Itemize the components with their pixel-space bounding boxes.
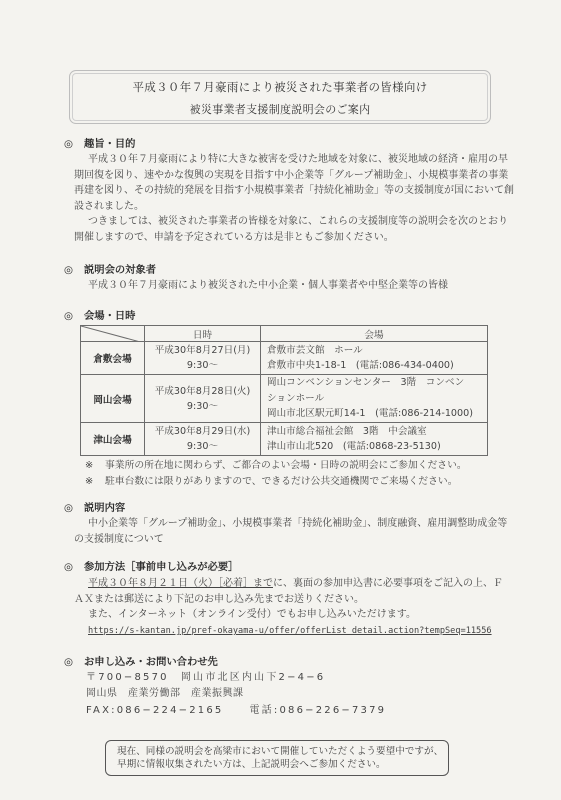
- footer-note-line-1: 現在、同様の説明会を高梁市において開催していただくよう要望中ですが、: [117, 745, 448, 758]
- table-row: 岡山会場 平成30年8月28日(火) 9:30～ 岡山コンベンションセンター 3…: [81, 375, 488, 423]
- place-line: 津山市総合福祉会館 3階 中会議室: [267, 424, 481, 440]
- deadline-text: 平成３０年８月２１日（火）［必着］まで: [88, 578, 273, 589]
- section-schedule-heading: ◎会場・日時: [64, 309, 135, 324]
- table-row: 倉敷会場 平成30年8月27日(月) 9:30～ 倉敷市芸文館 ホール 倉敷市中…: [81, 342, 488, 375]
- audience-text: 平成３０年７月豪雨により被災された中小企業・個人事業者や中堅企業等の皆様: [88, 278, 508, 294]
- contact-department: 岡山県 産業労働部 産業振興課: [86, 686, 244, 702]
- double-circle-icon: ◎: [64, 309, 84, 324]
- double-circle-icon: ◎: [64, 137, 84, 152]
- column-header-date: 日時: [145, 326, 261, 342]
- note-item: ※駐車台数には限りがありますので、できるだけ公共交通機関でご来場ください。: [85, 474, 467, 490]
- contact-address: 〒700−8570 岡山市北区内山下2−4−6: [86, 670, 325, 686]
- place-cell: 岡山コンベンションセンター 3階 コンベン ションホール 岡山市北区駅元町14-…: [261, 375, 488, 423]
- url-container: https://s-kantan.jp/pref-okayama-u/offer…: [88, 623, 528, 640]
- place-line: 岡山コンベンションセンター 3階 コンベン: [267, 375, 481, 391]
- event-time: 9:30～: [151, 358, 254, 373]
- schedule-notes: ※事業所の所在地に関わらず、ご都合のよい会場・日時の説明会にご参加ください。 ※…: [85, 458, 467, 489]
- place-line: 岡山市北区駅元町14-1 (電話:086-214-1000): [267, 406, 481, 422]
- place-line: ションホール: [267, 391, 481, 407]
- online-note: また、インターネット（オンライン受付）でもお申し込みいただけます。: [88, 607, 508, 623]
- place-line: 倉敷市芸文館 ホール: [267, 343, 481, 359]
- purpose-paragraph-2: つきましては、被災された事業者の皆様を対象に、これらの支援制度等の説明会を次のと…: [74, 214, 514, 245]
- date-time-cell: 平成30年8月28日(火) 9:30～: [145, 375, 261, 423]
- double-circle-icon: ◎: [64, 501, 84, 516]
- event-time: 9:30～: [151, 399, 254, 414]
- section-heading: 参加方法［事前申し込みが必要］: [84, 561, 238, 573]
- place-cell: 津山市総合福祉会館 3階 中会議室 津山市山北520 (電話:0868-23-5…: [261, 423, 488, 456]
- section-heading: 会場・日時: [84, 310, 135, 322]
- note-text: 駐車台数には限りがありますので、できるだけ公共交通機関でご来場ください。: [105, 476, 458, 487]
- event-date: 平成30年8月28日(火): [151, 384, 254, 399]
- note-text: 事業所の所在地に関わらず、ご都合のよい会場・日時の説明会にご参加ください。: [105, 460, 467, 471]
- table-corner-cell: [81, 326, 145, 342]
- section-purpose-heading: ◎趣旨・目的: [64, 137, 135, 152]
- contact-phone-line: FAX:086−224−2165電話:086−226−7379: [86, 703, 386, 719]
- purpose-paragraph-1: 平成３０年７月豪雨により特に大きな被害を受けた地域を対象に、被災地域の経済・雇用…: [74, 152, 514, 214]
- place-line: 倉敷市中央1-18-1 (電話:086-434-0400): [267, 358, 481, 374]
- diagonal-line-icon: [81, 326, 144, 342]
- place-cell: 倉敷市芸文館 ホール 倉敷市中央1-18-1 (電話:086-434-0400): [261, 342, 488, 375]
- fax-number: FAX:086−224−2165: [86, 705, 223, 716]
- section-heading: 趣旨・目的: [84, 138, 135, 150]
- section-method-heading: ◎参加方法［事前申し込みが必要］: [64, 560, 238, 575]
- event-time: 9:30～: [151, 439, 254, 454]
- double-circle-icon: ◎: [64, 560, 84, 575]
- event-date: 平成30年8月29日(水): [151, 424, 254, 439]
- section-heading: 説明会の対象者: [84, 264, 156, 276]
- section-audience-heading: ◎説明会の対象者: [64, 263, 156, 278]
- reference-mark-icon: ※: [85, 474, 105, 490]
- event-date: 平成30年8月27日(月): [151, 343, 254, 358]
- date-time-cell: 平成30年8月29日(水) 9:30～: [145, 423, 261, 456]
- table-header-row: 日時 会場: [81, 326, 488, 342]
- title-line-2: 被災事業者支援制度説明会のご案内: [70, 101, 490, 117]
- footer-note-line-2: 早期に情報収集されたい方は、上記説明会へご参加ください。: [117, 758, 448, 771]
- venue-name: 倉敷会場: [81, 342, 145, 375]
- column-header-venue: 会場: [261, 326, 488, 342]
- section-heading: お申し込み・お問い合わせ先: [84, 656, 218, 668]
- double-circle-icon: ◎: [64, 655, 84, 670]
- section-contact-heading: ◎お申し込み・お問い合わせ先: [64, 655, 218, 670]
- section-content-heading: ◎説明内容: [64, 501, 125, 516]
- document-page: 平成３０年７月豪雨により被災された事業者の皆様向け 被災事業者支援制度説明会のご…: [0, 0, 561, 800]
- title-box: 平成３０年７月豪雨により被災された事業者の皆様向け 被災事業者支援制度説明会のご…: [69, 70, 491, 124]
- place-line: 津山市山北520 (電話:0868-23-5130): [267, 439, 481, 455]
- method-paragraph: 平成３０年８月２１日（火）［必着］までに、裏面の参加申込書に必要事項をご記入の上…: [74, 576, 510, 607]
- title-line-1: 平成３０年７月豪雨により被災された事業者の皆様向け: [70, 79, 490, 95]
- table-row: 津山会場 平成30年8月29日(水) 9:30～ 津山市総合福祉会館 3階 中会…: [81, 423, 488, 456]
- footer-note-box: 現在、同様の説明会を高梁市において開催していただくよう要望中ですが、 早期に情報…: [105, 740, 449, 776]
- venue-schedule-table: 日時 会場 倉敷会場 平成30年8月27日(月) 9:30～ 倉敷市芸文館 ホー…: [80, 325, 488, 456]
- registration-url-link[interactable]: https://s-kantan.jp/pref-okayama-u/offer…: [88, 626, 492, 636]
- note-item: ※事業所の所在地に関わらず、ご都合のよい会場・日時の説明会にご参加ください。: [85, 458, 467, 474]
- date-time-cell: 平成30年8月27日(月) 9:30～: [145, 342, 261, 375]
- phone-number: 電話:086−226−7379: [249, 705, 386, 716]
- section-heading: 説明内容: [84, 502, 125, 514]
- reference-mark-icon: ※: [85, 458, 105, 474]
- content-text: 中小企業等「グループ補助金」、小規模事業者「持続化補助金」、制度融資、雇用調整助…: [74, 516, 510, 547]
- venue-name: 岡山会場: [81, 375, 145, 423]
- venue-name: 津山会場: [81, 423, 145, 456]
- double-circle-icon: ◎: [64, 263, 84, 278]
